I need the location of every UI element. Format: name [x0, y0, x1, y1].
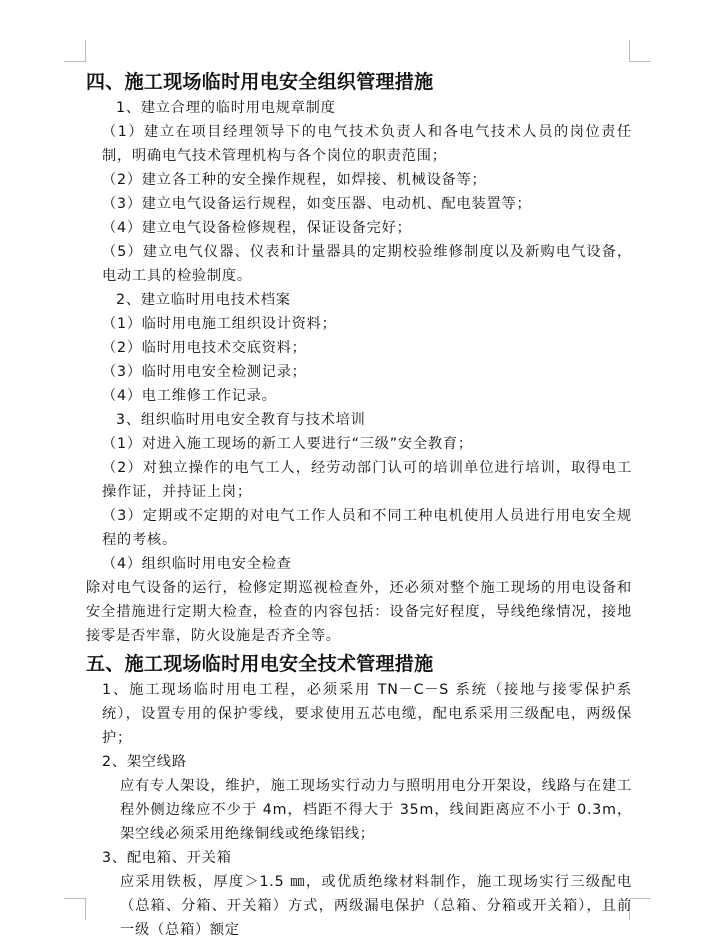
list-item: （2）对独立操作的电气工人，经劳动部门认可的培训单位进行培训，取得电工操作证，并…	[86, 456, 632, 504]
subsection-3-title: 3、组织临时用电安全教育与技术培训	[86, 408, 632, 432]
list-item: （3）定期或不定期的对电气工作人员和不同工种电机使用人员进行用电安全规程的考核。	[86, 504, 632, 552]
list-item: （4）电工维修工作记录。	[86, 384, 632, 408]
section-5-heading: 五、施工现场临时用电安全技术管理措施	[86, 650, 632, 678]
list-item: （2）临时用电技术交底资料；	[86, 336, 632, 360]
list-item: （5）建立电气仪器、仪表和计量器具的定期校验维修制度以及新购电气设备，电动工具的…	[86, 240, 632, 288]
paragraph-distribution-box: 应采用铁板，厚度＞1.5 ㎜，或优质绝缘材料制作，施工现场实行三级配电（总箱、分…	[86, 870, 632, 938]
list-item: （1）建立在项目经理领导下的电气技术负责人和各电气技术人员的岗位责任制，明确电气…	[86, 120, 632, 168]
list-item: （3）建立电气设备运行规程，如变压器、电动机、配电装置等；	[86, 192, 632, 216]
page-corner-mark-top-right	[629, 40, 651, 62]
list-item: （4）建立电气设备检修规程，保证设备完好；	[86, 216, 632, 240]
subsection-distribution-box-title: 3、配电箱、开关箱	[86, 846, 632, 870]
paragraph-tn-c-s-system: 1、施工现场临时用电工程，必须采用 TN－C－S 系统（接地与接零保护系统），设…	[86, 678, 632, 750]
page-corner-mark-top-left	[64, 40, 86, 62]
paragraph-overhead-lines: 应有专人架设，维护，施工现场实行动力与照明用电分开架设，线路与在建工程外侧边缘应…	[86, 774, 632, 846]
document-page: 四、施工现场临时用电安全组织管理措施 1、建立合理的临时用电规章制度 （1）建立…	[86, 68, 632, 938]
list-item: （4）组织临时用电安全检查	[86, 552, 632, 576]
list-item: （3）临时用电安全检测记录；	[86, 360, 632, 384]
list-item: （2）建立各工种的安全操作规程，如焊接、机械设备等；	[86, 168, 632, 192]
subsection-overhead-lines-title: 2、架空线路	[86, 750, 632, 774]
list-item: （1）临时用电施工组织设计资料；	[86, 312, 632, 336]
subsection-2-title: 2、建立临时用电技术档案	[86, 288, 632, 312]
list-item: （1）对进入施工现场的新工人要进行“三级”安全教育；	[86, 432, 632, 456]
page-corner-mark-bottom-right	[629, 898, 651, 920]
inspection-paragraph: 除对电气设备的运行，检修定期巡视检查外，还必须对整个施工现场的用电设备和安全措施…	[86, 576, 632, 648]
section-4-heading: 四、施工现场临时用电安全组织管理措施	[86, 68, 632, 96]
page-corner-mark-bottom-left	[64, 898, 86, 920]
subsection-1-title: 1、建立合理的临时用电规章制度	[86, 96, 632, 120]
